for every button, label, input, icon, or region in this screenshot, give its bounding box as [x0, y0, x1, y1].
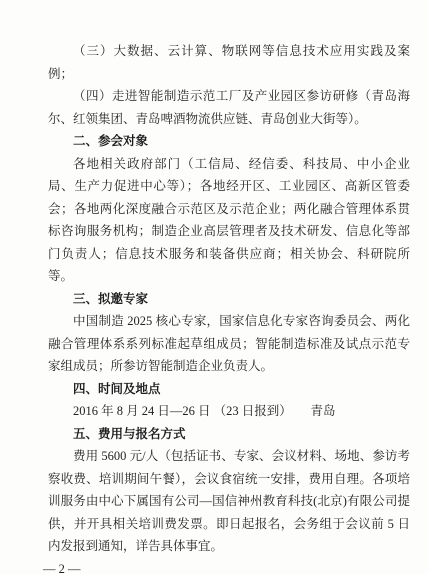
list-item-si: （四）走进智能制造示范工厂及产业园区参访研修（青岛海尔、红领集团、青岛啤酒物流供…	[48, 85, 410, 130]
document-page: （三）大数据、云计算、物联网等信息技术应用实践及案例； （四）走进智能制造示范工…	[0, 0, 428, 574]
page-number: — 2 —	[43, 558, 410, 574]
paragraph-time-place: 2016 年 8 月 24 日—26 日 （23 日报到） 青岛	[48, 400, 410, 423]
list-item-san: （三）大数据、云计算、物联网等信息技术应用实践及案例；	[48, 40, 410, 85]
section-heading-participants: 二、参会对象	[48, 130, 410, 153]
section-heading-fees: 五、费用与报名方式	[48, 423, 410, 446]
section-heading-experts: 三、拟邀专家	[48, 288, 410, 311]
document-body: （三）大数据、云计算、物联网等信息技术应用实践及案例； （四）走进智能制造示范工…	[48, 40, 410, 558]
paragraph-experts: 中国制造 2025 核心专家，国家信息化专家咨询委员会、两化融合管理体系系列标准…	[48, 310, 410, 378]
paragraph-fees: 费用 5600 元/人（包括证书、专家、会议材料、场地、参访考察收费、培训期间午…	[48, 445, 410, 558]
paragraph-participants: 各地相关政府部门（工信局、经信委、科技局、中小企业局、生产力促进中心等）；各地经…	[48, 153, 410, 288]
section-heading-time-place: 四、时间及地点	[48, 378, 410, 401]
